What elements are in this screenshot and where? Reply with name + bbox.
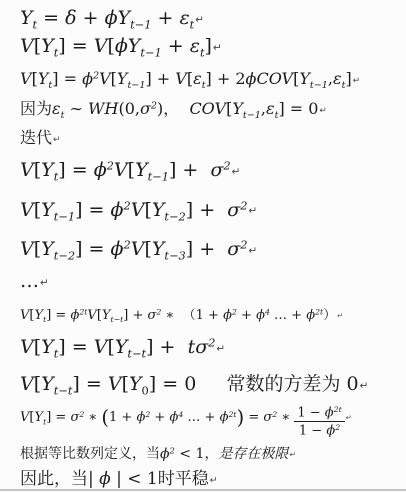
math-token: t−1 [54,209,75,223]
math-token: … + [270,308,306,323]
math-token: 1 + [109,410,136,425]
math-token: ϕ [256,308,265,323]
math-token: (0, [118,99,140,118]
math-token: ε [52,99,61,118]
math-token: ， [163,101,179,118]
math-token: V [87,308,96,323]
math-token: V [114,159,128,181]
math-token: ∗ [161,308,182,323]
math-token: ∼ [64,99,88,118]
math-token: | [88,469,99,489]
formula-line-3: V[Yt] = ϕ2V[Yt−1] + V[εt] + 2ϕCOV[Yt−1,ε… [20,69,400,92]
math-token: V [20,69,32,88]
paragraph-mark-icon: ↵ [360,380,369,392]
math-token: 0 [142,383,149,397]
math-token: 根据等比数列定义，当 [20,447,160,462]
paragraph-mark-icon: ↵ [213,42,222,54]
math-token: 2 [240,238,247,252]
math-token: σ [210,159,223,181]
math-token: t [190,18,195,32]
math-token: ] + [146,336,187,358]
math-token: 2 [107,159,114,173]
math-token: = [37,7,65,29]
math-token: Y [41,159,54,181]
math-token: σ [227,199,240,221]
formula-line-6: V[Yt] = ϕ2V[Yt−1] + σ2↵ [20,158,400,184]
math-token: ） [323,307,336,322]
math-token: 1 − [299,423,326,438]
paragraph-mark-icon: ↵ [346,413,352,422]
math-token: Y [34,308,43,323]
math-token: ] = [75,238,110,260]
math-token: [ [122,373,129,395]
math-token: 2 [208,336,215,350]
math-token: 时平稳 [158,469,209,488]
math-token: 2 [123,198,130,212]
paragraph-mark-icon: ↵ [232,166,241,178]
paragraph-mark-icon: ↵ [353,76,360,86]
math-token: Y [34,410,43,425]
math-token: ϕ [136,410,145,425]
math-token: ϕY [115,35,141,57]
math-token: ϕ [223,308,232,323]
math-token: V [175,69,187,88]
math-token: ε [179,7,189,29]
math-token: V [108,373,122,395]
math-token: + [150,410,169,425]
math-token: Y [135,159,148,181]
paragraph-mark-icon: ↵ [195,14,204,26]
math-token: ] = 0 [278,99,318,118]
math-token: Y [41,35,54,57]
math-token: ] = [58,35,93,57]
math-token: 1 + [196,308,223,323]
math-token [179,99,189,118]
math-token: V [20,410,29,425]
math-token: （ [183,307,196,322]
math-token: 2 [240,198,247,212]
math-token: t−t [110,315,123,324]
math-token: ϕ [326,423,335,438]
math-token: = [244,410,263,425]
math-token: ε [333,69,342,88]
fraction-numerator: 1 − ϕ2t [294,405,344,422]
paragraph-mark-icon: ↵ [40,277,49,289]
math-token: Y [38,69,49,88]
math-token: V [99,69,111,88]
math-token: t−2 [164,209,185,223]
math-token: V [20,373,34,395]
math-token: ] = [58,159,93,181]
math-token: t−2 [54,248,75,262]
math-token: ] = [52,69,82,88]
math-token: [ [107,336,114,358]
formula-line-11: V[Yt] = V[Yt−t] + tσ2↵ [20,335,400,361]
math-token: ε [190,35,200,57]
math-token: 2t [228,410,236,419]
formula-line-8: V[Yt−2] = ϕ2V[Yt−3] + σ2↵ [20,237,400,263]
math-token: 因为 [20,101,52,118]
math-token: t−1 [243,110,261,121]
math-token: 常数的方差为 [226,374,340,395]
math-token: Y [41,373,54,395]
math-token: V [20,238,34,260]
math-token: 是存在极限 [218,447,288,462]
math-token: t−1 [148,170,169,184]
math-token: | < 1 [111,469,158,489]
math-token: δ [65,7,76,29]
math-token: V [131,238,145,260]
math-token: ] + [123,308,147,323]
math-token: ϕ [111,238,124,260]
math-token: 迭代 [20,130,52,147]
math-token: ε [193,69,202,88]
math-token: Y [41,336,54,358]
math-token: ϕ [169,410,178,425]
math-token: Y [41,199,54,221]
paragraph-mark-icon: ↵ [319,106,326,116]
paragraph-mark-icon: ↵ [248,205,257,217]
paragraph-mark-icon: ↵ [337,311,343,320]
math-token: ϕ [70,308,79,323]
math-token: Y [129,373,142,395]
math-token: Y [20,7,33,29]
math-token: σ [70,410,79,425]
math-token: + [162,35,190,57]
page-bottom-rule [0,489,406,491]
math-token: ϕ [160,446,170,462]
math-token: ] [205,35,212,57]
math-token: V [20,308,29,323]
math-token: ε [266,99,275,118]
math-token: ϕ [99,469,111,489]
math-token: V [94,336,108,358]
paragraph-mark-icon: ↵ [53,135,60,145]
math-token: Y [115,336,128,358]
math-token: ] + 2 [206,69,246,88]
math-token: [ [144,199,151,221]
fraction: 1 − ϕ2t1 − ϕ2 [294,405,344,439]
formula-line-12: V[Yt−t] = V[Y0] = 0 常数的方差为 0↵ [20,372,400,398]
math-token: V [20,35,34,57]
math-token: σ [263,410,272,425]
math-token: 2 [123,238,130,252]
math-token: [ [128,159,135,181]
math-token: ] + [145,69,175,88]
math-token: ] = [72,373,107,395]
math-token: t−1 [127,80,145,91]
math-token: t−1 [140,46,161,60]
math-token: 2 [223,159,230,173]
formula-line-1: Yt = δ + ϕYt−1 + εt↵ [20,6,400,32]
paragraph-mark-icon: ↵ [216,343,225,355]
math-token: ∗ [84,410,101,425]
math-token: ϕCOV [246,69,294,88]
math-token [196,373,226,395]
math-token: tσ [188,336,209,358]
math-token: COV [189,99,226,118]
paragraph-mark-icon: ↵ [248,245,257,257]
math-token: ∗ [277,410,294,425]
formula-line-9: …↵ [20,269,400,294]
math-token: + [237,308,256,323]
math-token: ] = [46,410,70,425]
math-token: Y [232,99,243,118]
paragraph-mark-icon: ↵ [289,450,295,459]
formula-line-15: 因此，当| ϕ | < 1时平稳↵ [20,468,400,490]
math-token: Y [152,238,165,260]
math-token: 0 [341,373,359,395]
math-token: ] = [75,199,110,221]
math-token: ϕ [325,405,334,420]
math-token: ] + [186,199,227,221]
math-token: 2 [335,423,340,432]
math-token: Y [152,199,165,221]
math-token: ] [345,69,351,88]
formula-line-5: 迭代↵ [20,128,400,150]
math-token: ϕ [82,69,93,88]
math-token: ， [204,447,218,462]
paragraph-mark-icon: ↵ [210,475,218,486]
formula-line-7: V[Yt−1] = ϕ2V[Yt−2] + σ2↵ [20,198,400,224]
math-token: t−1 [310,80,328,91]
math-token: σ [140,99,151,118]
math-token: 2t [334,405,342,414]
math-token: V [20,336,34,358]
math-token: V [20,159,34,181]
math-token: Y [299,69,310,88]
math-token: ( [101,406,109,429]
math-token: ϕY [105,7,131,29]
math-token: 因此，当 [20,469,88,488]
math-token: ] = 0 [149,373,197,395]
math-token: + [77,7,105,29]
fraction-denominator: 1 − ϕ2 [294,422,344,439]
math-token: ϕ [111,199,124,221]
math-token: ] = [46,308,70,323]
formula-line-4: 因为εt ∼ WH(0,σ2)， COV[Yt−1,εt] = 0↵ [20,99,400,122]
math-token: t−t [54,383,73,397]
math-token: … [20,270,39,292]
formula-line-10: V[Yt] = ϕ2tV[Yt−t] + σ2 ∗ （1 + ϕ2 + ϕ4 …… [20,307,400,325]
math-token: WH [88,99,118,118]
math-token: < 1 [175,446,205,462]
math-token: ] + [169,159,210,181]
math-token: t−1 [130,18,151,32]
math-token: V [131,199,145,221]
math-token: ] + [186,238,227,260]
math-token: σ [227,238,240,260]
document-page: Yt = δ + ϕYt−1 + εt↵V[Yt] = V[ϕYt−1 + εt… [0,0,406,490]
math-token: ϕ [94,159,107,181]
math-token: 1 − [297,405,324,420]
math-token: V [94,35,108,57]
math-token: Y [117,69,128,88]
math-token: 2t [315,308,323,317]
formula-line-13: V[Yt] = σ2 ∗ (1 + ϕ2 + ϕ4 … + ϕ2t) = σ2 … [20,405,400,439]
formula-line-14: 根据等比数列定义，当ϕ2 < 1，是存在极限↵ [20,445,400,464]
math-token: t−t [127,347,146,361]
math-token: [ [107,35,114,57]
math-token: t−3 [164,248,185,262]
math-token: Y [41,238,54,260]
formula-line-2: V[Yt] = V[ϕYt−1 + εt]↵ [20,34,400,60]
math-token: V [20,199,34,221]
math-token: ϕ [306,308,315,323]
math-token: [ [144,238,151,260]
math-token: … + [183,410,219,425]
math-token: ] = [58,336,93,358]
math-token: + [151,7,179,29]
